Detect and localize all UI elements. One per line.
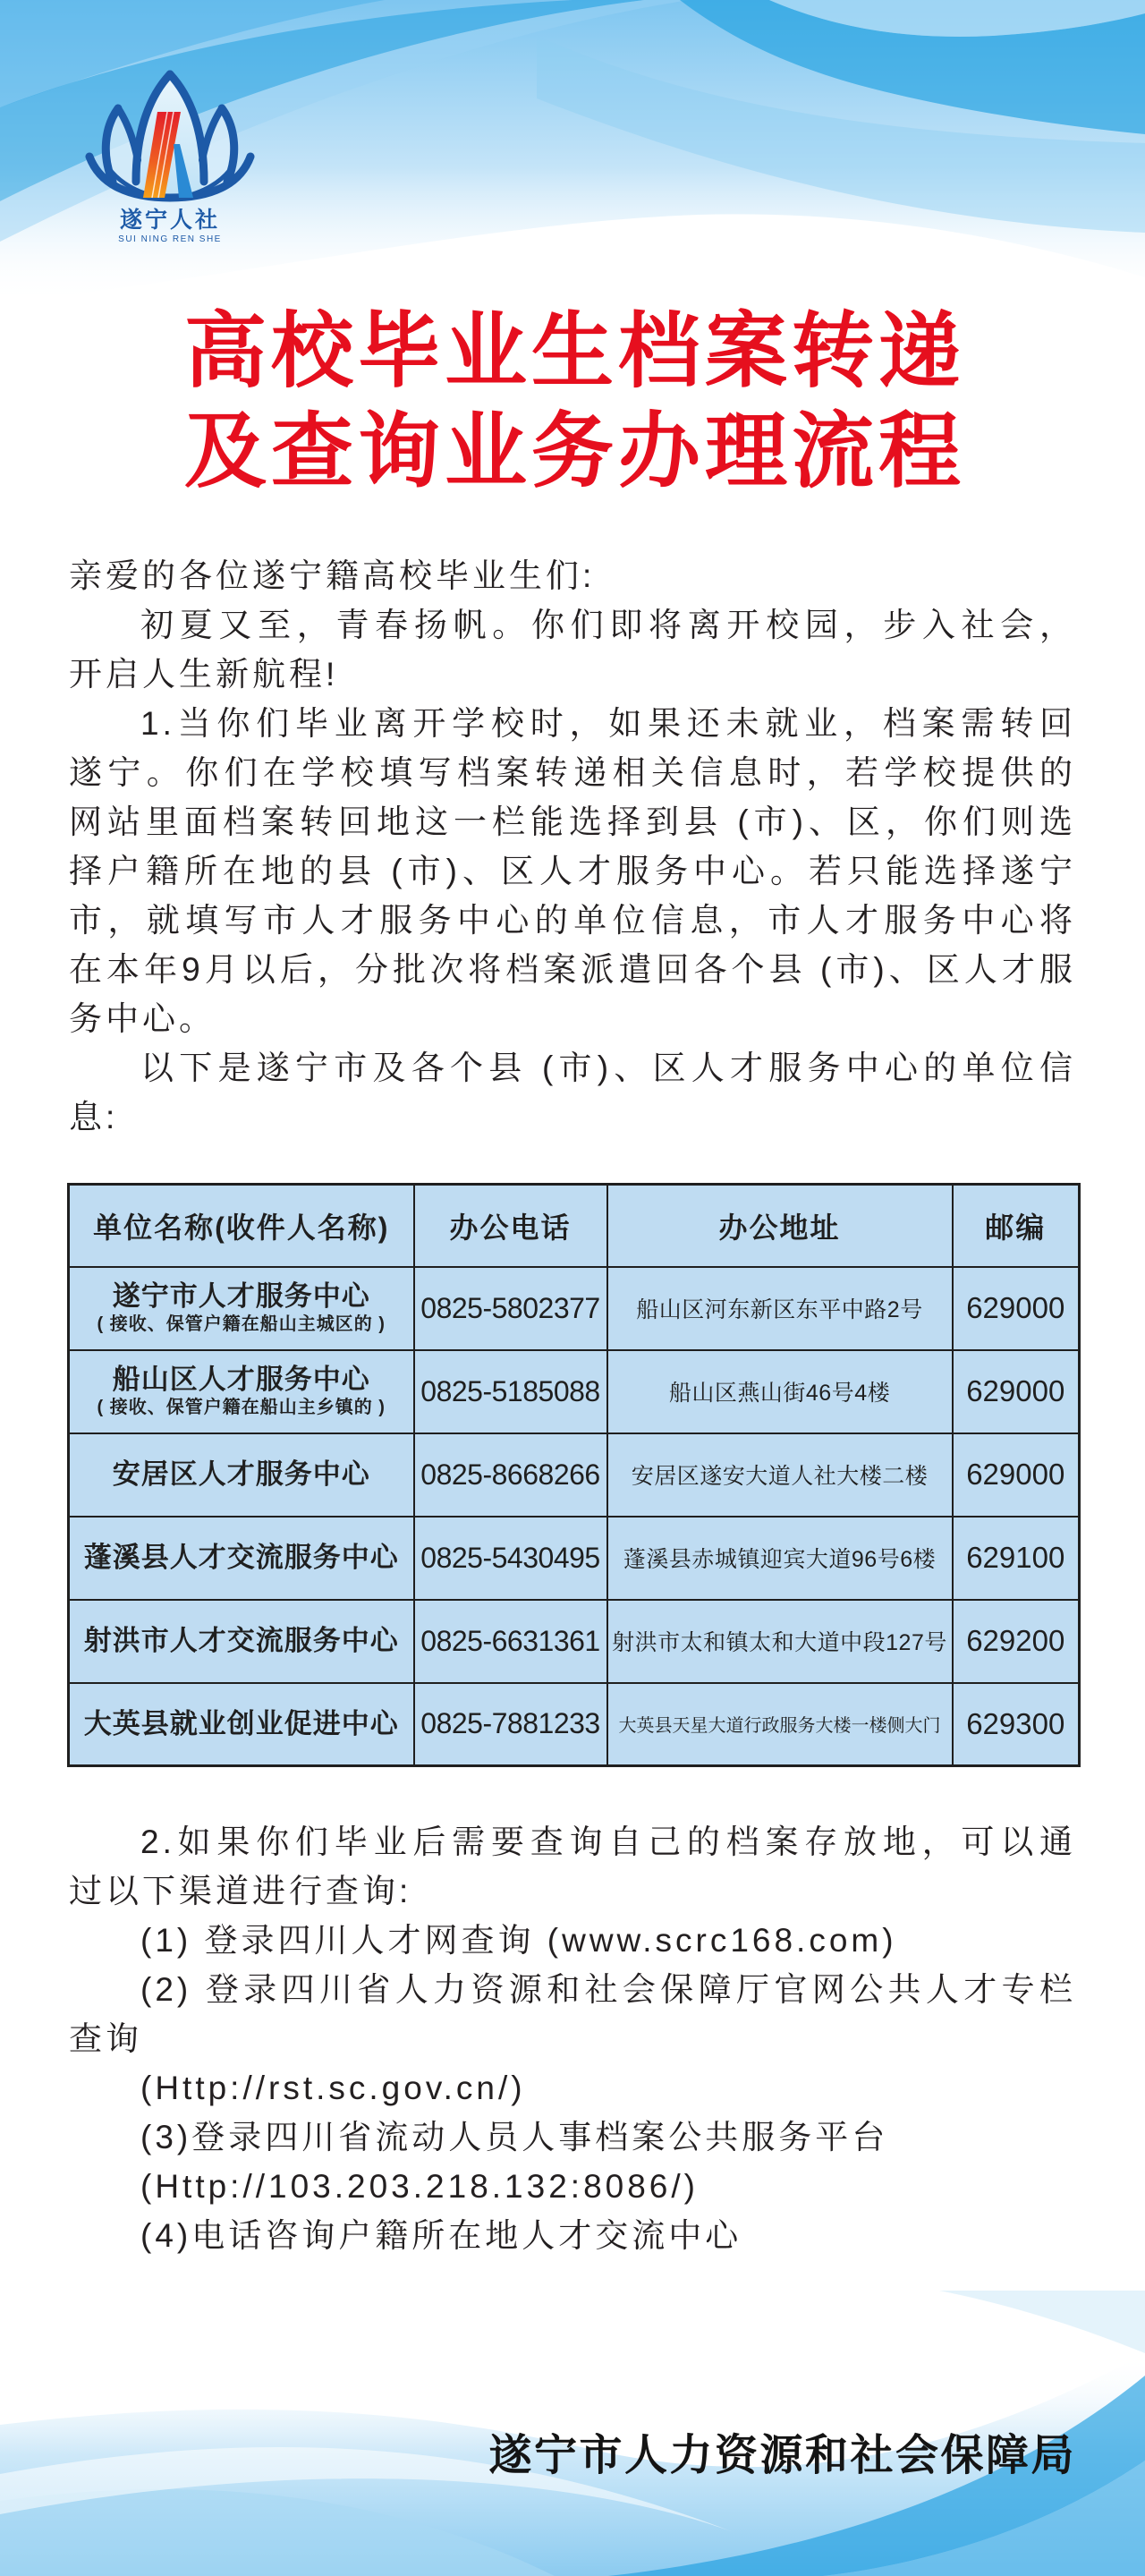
postcode-cell: 629100 bbox=[953, 1517, 1080, 1600]
query-channel-1: (1) 登录四川人才网查询 (www.scrc168.com) bbox=[69, 1916, 1076, 1965]
phone-cell: 0825-5802377 bbox=[414, 1267, 607, 1350]
phone-cell: 0825-8668266 bbox=[414, 1433, 607, 1517]
unit-note: ( 接收、保管户籍在船山主城区的 ) bbox=[70, 1313, 413, 1336]
postcode-cell: 629000 bbox=[953, 1350, 1080, 1433]
unit-name: 射洪市人才交流服务中心 bbox=[70, 1625, 413, 1657]
query-channel-3: (3)登录四川省流动人员人事档案公共服务平台 bbox=[69, 2113, 1076, 2162]
title-line-1: 高校毕业生档案转递 bbox=[0, 302, 1145, 402]
table-row: 蓬溪县人才交流服务中心 0825-5430495 蓬溪县赤城镇迎宾大道96号6楼… bbox=[69, 1517, 1080, 1600]
query-channel-4: (4)电话咨询户籍所在地人才交流中心 bbox=[69, 2211, 1076, 2260]
query-channel-2-url: (Http://rst.sc.gov.cn/) bbox=[69, 2063, 1076, 2113]
letter-body: 亲爱的各位遂宁籍高校毕业生们: 初夏又至，青春扬帆。你们即将离开校园，步入社会，… bbox=[69, 551, 1076, 1142]
unit-note: ( 接收、保管户籍在船山主乡镇的 ) bbox=[70, 1396, 413, 1419]
unit-name: 遂宁市人才服务中心 bbox=[70, 1280, 413, 1313]
item-1-paragraph-line: 务中心。 bbox=[69, 994, 1076, 1043]
phone-cell: 0825-7881233 bbox=[414, 1683, 607, 1766]
unit-name-cell: 船山区人才服务中心 ( 接收、保管户籍在船山主乡镇的 ) bbox=[69, 1350, 414, 1433]
logo-name: 遂宁人社 bbox=[81, 207, 259, 234]
title-line-2: 及查询业务办理流程 bbox=[0, 402, 1145, 502]
postcode-cell: 629000 bbox=[953, 1267, 1080, 1350]
header-postcode: 邮编 bbox=[953, 1185, 1080, 1267]
poster-page: 遂宁人社 SUI NING REN SHE 高校毕业生档案转递 及查询业务办理流… bbox=[0, 0, 1145, 2576]
unit-name-cell: 蓬溪县人才交流服务中心 bbox=[69, 1517, 414, 1600]
postcode-cell: 629000 bbox=[953, 1433, 1080, 1517]
header-address: 办公地址 bbox=[607, 1185, 953, 1267]
postcode-cell: 629300 bbox=[953, 1683, 1080, 1766]
address-cell: 船山区燕山街46号4楼 bbox=[607, 1350, 953, 1433]
query-channel-2: (2) 登录四川省人力资源和社会保障厅官网公共人才专栏 bbox=[69, 1965, 1076, 2014]
issuing-organization: 遂宁市人力资源和社会保障局 bbox=[488, 2429, 1076, 2483]
logo-pinyin: SUI NING REN SHE bbox=[81, 234, 259, 245]
unit-name: 大英县就业创业促进中心 bbox=[70, 1708, 413, 1740]
query-channel-2-continued: 查询 bbox=[69, 2014, 1076, 2063]
address-cell: 船山区河东新区东平中路2号 bbox=[607, 1267, 953, 1350]
table-intro-line: 以下是遂宁市及各个县 (市)、区人才服务中心的单位信 bbox=[69, 1043, 1076, 1092]
unit-name: 蓬溪县人才交流服务中心 bbox=[70, 1542, 413, 1574]
intro-paragraph-line: 开启人生新航程! bbox=[69, 650, 1076, 699]
address-cell: 蓬溪县赤城镇迎宾大道96号6楼 bbox=[607, 1517, 953, 1600]
greeting: 亲爱的各位遂宁籍高校毕业生们: bbox=[69, 551, 1076, 600]
item-1-paragraph-line: 1.当你们毕业离开学校时，如果还未就业，档案需转回 bbox=[69, 699, 1076, 748]
phone-cell: 0825-5185088 bbox=[414, 1350, 607, 1433]
logo: 遂宁人社 SUI NING REN SHE bbox=[81, 67, 259, 251]
unit-name: 船山区人才服务中心 bbox=[70, 1364, 413, 1396]
item-1-paragraph-line: 网站里面档案转回地这一栏能选择到县 (市)、区，你们则选 bbox=[69, 797, 1076, 846]
item-2-paragraph-line: 2.如果你们毕业后需要查询自己的档案存放地，可以通 bbox=[69, 1817, 1076, 1866]
table-intro-line: 息: bbox=[69, 1092, 1076, 1142]
unit-name: 安居区人才服务中心 bbox=[70, 1458, 413, 1491]
phone-cell: 0825-5430495 bbox=[414, 1517, 607, 1600]
header-unit-name: 单位名称(收件人名称) bbox=[69, 1185, 414, 1267]
table-row: 大英县就业创业促进中心 0825-7881233 大英县天星大道行政服务大楼一楼… bbox=[69, 1683, 1080, 1766]
header-phone: 办公电话 bbox=[414, 1185, 607, 1267]
address-cell: 安居区遂安大道人社大楼二楼 bbox=[607, 1433, 953, 1517]
unit-name-cell: 安居区人才服务中心 bbox=[69, 1433, 414, 1517]
postcode-cell: 629200 bbox=[953, 1600, 1080, 1683]
item-2-paragraph-line: 过以下渠道进行查询: bbox=[69, 1866, 1076, 1916]
table-row: 船山区人才服务中心 ( 接收、保管户籍在船山主乡镇的 ) 0825-518508… bbox=[69, 1350, 1080, 1433]
item-1-paragraph-line: 择户籍所在地的县 (市)、区人才服务中心。若只能选择遂宁 bbox=[69, 846, 1076, 896]
unit-name-cell: 射洪市人才交流服务中心 bbox=[69, 1600, 414, 1683]
table-row: 安居区人才服务中心 0825-8668266 安居区遂安大道人社大楼二楼 629… bbox=[69, 1433, 1080, 1517]
query-section: 2.如果你们毕业后需要查询自己的档案存放地，可以通 过以下渠道进行查询: (1)… bbox=[69, 1817, 1076, 2260]
page-title: 高校毕业生档案转递 及查询业务办理流程 bbox=[0, 302, 1145, 502]
intro-paragraph-line: 初夏又至，青春扬帆。你们即将离开校园，步入社会， bbox=[69, 600, 1076, 650]
phone-cell: 0825-6631361 bbox=[414, 1600, 607, 1683]
lotus-logo-icon bbox=[81, 67, 259, 210]
address-cell: 射洪市太和镇太和大道中段127号 bbox=[607, 1600, 953, 1683]
item-1-paragraph-line: 遂宁。你们在学校填写档案转递相关信息时，若学校提供的 bbox=[69, 748, 1076, 797]
address-cell: 大英县天星大道行政服务大楼一楼侧大门 bbox=[607, 1683, 953, 1766]
unit-name-cell: 大英县就业创业促进中心 bbox=[69, 1683, 414, 1766]
item-1-paragraph-line: 在本年9月以后，分批次将档案派遣回各个县 (市)、区人才服 bbox=[69, 945, 1076, 994]
item-1-paragraph-line: 市，就填写市人才服务中心的单位信息，市人才服务中心将 bbox=[69, 896, 1076, 945]
table-header-row: 单位名称(收件人名称) 办公电话 办公地址 邮编 bbox=[69, 1185, 1080, 1267]
service-center-table: 单位名称(收件人名称) 办公电话 办公地址 邮编 遂宁市人才服务中心 ( 接收、… bbox=[67, 1183, 1081, 1767]
table-row: 遂宁市人才服务中心 ( 接收、保管户籍在船山主城区的 ) 0825-580237… bbox=[69, 1267, 1080, 1350]
unit-name-cell: 遂宁市人才服务中心 ( 接收、保管户籍在船山主城区的 ) bbox=[69, 1267, 414, 1350]
query-channel-3-url: (Http://103.203.218.132:8086/) bbox=[69, 2162, 1076, 2211]
table-row: 射洪市人才交流服务中心 0825-6631361 射洪市太和镇太和大道中段127… bbox=[69, 1600, 1080, 1683]
